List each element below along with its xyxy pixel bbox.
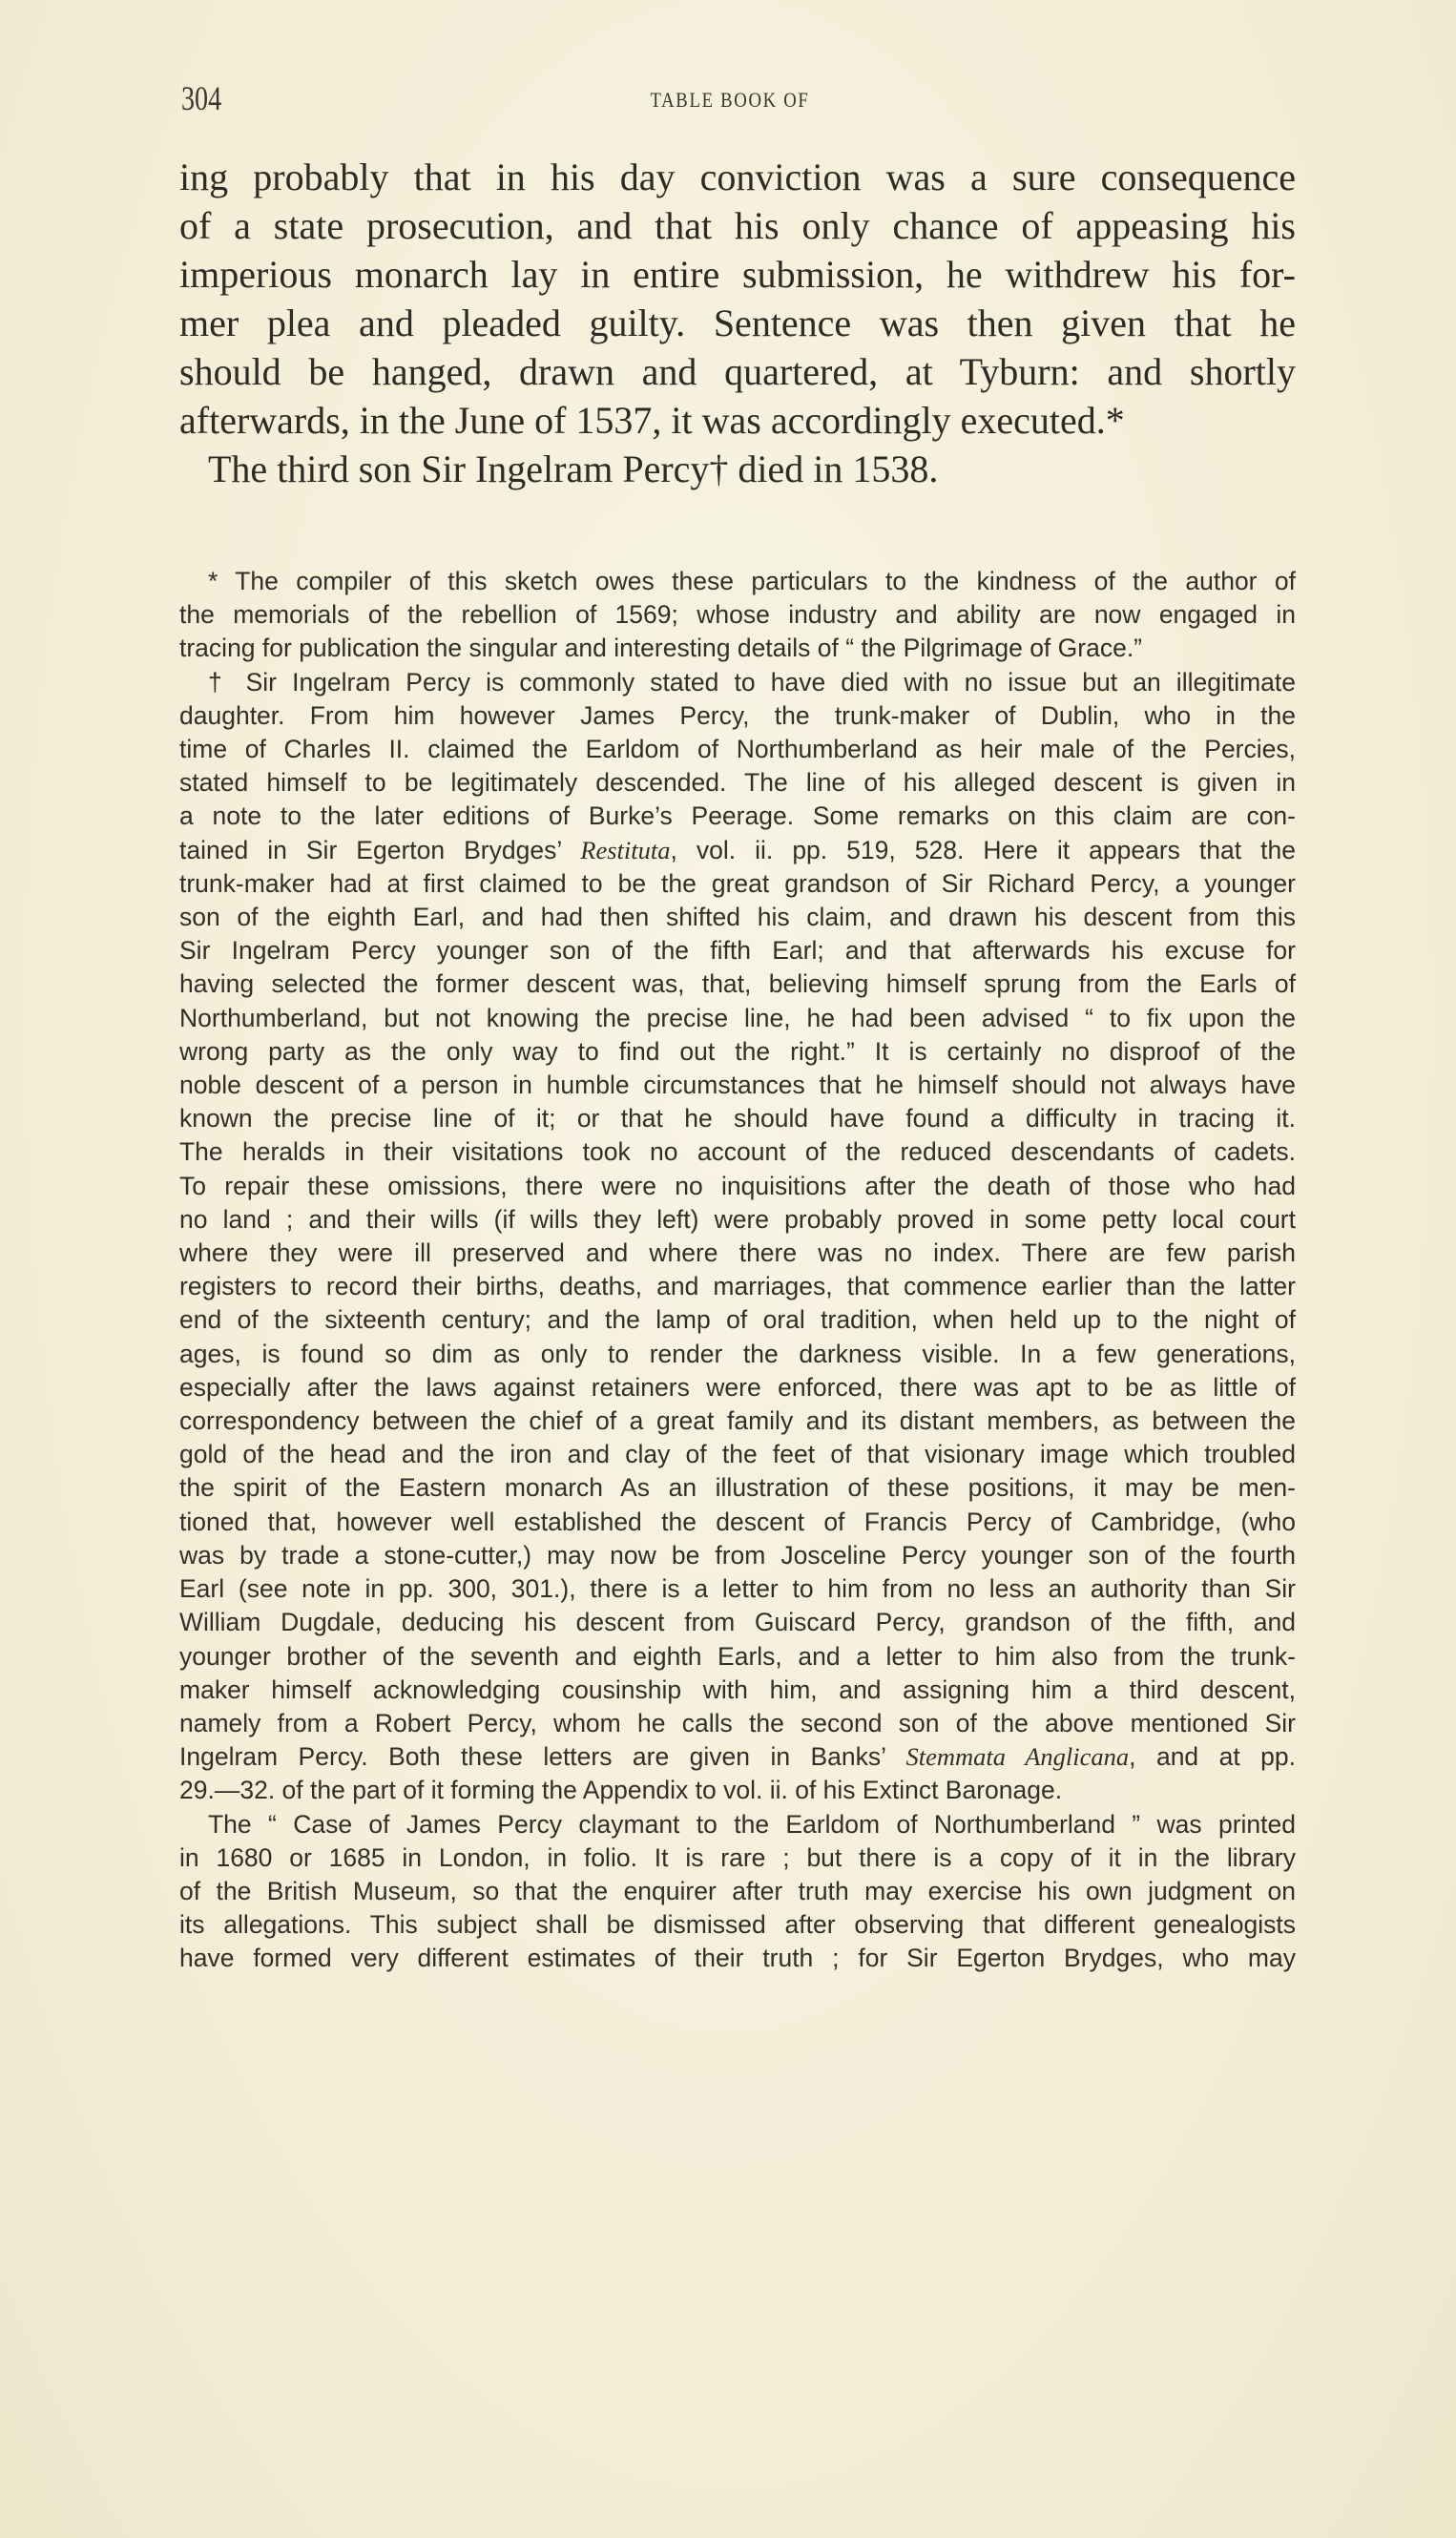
footnote-line: 29.—32. of the part of it forming the Ap… [179,1774,1296,1807]
book-page: 304 TABLE BOOK OF ing probably that in h… [0,0,1456,2538]
footnote-line: registers to record their births, deaths… [179,1270,1296,1303]
italic-title: Stemmata Anglicana [906,1742,1130,1771]
footnote-line: ages, is found so dim as only to render … [179,1338,1296,1371]
footnote-line: tained in Sir Egerton Brydges’ Restituta… [179,834,1296,867]
footnote-line: known the precise line of it; or that he… [179,1102,1296,1135]
footnote-line: have formed very different estimates of … [179,1942,1296,1975]
footnote-line: The heralds in their visitations took no… [179,1135,1296,1169]
footnote-line: the spirit of the Eastern monarch As an … [179,1471,1296,1505]
main-text: ing probably that in his day conviction … [179,153,1296,493]
footnote-line: younger brother of the seventh and eight… [179,1640,1296,1674]
footnote-line: maker himself acknowledging cousinship w… [179,1674,1296,1707]
footnote-line: The “ Case of James Percy claymant to th… [179,1808,1296,1841]
main-line: of a state prosecution, and that his onl… [179,201,1296,250]
footnote-line: Northumberland, but not knowing the prec… [179,1002,1296,1035]
italic-title: Restituta [580,836,670,864]
main-line: imperious monarch lay in entire submissi… [179,250,1296,299]
footnote-line: William Dugdale, deducing his descent fr… [179,1606,1296,1639]
footnote-line: time of Charles II. claimed the Earldom … [179,733,1296,766]
footnote-line: To repair these omissions, there were no… [179,1170,1296,1203]
footnote-line: its allegations. This subject shall be d… [179,1908,1296,1942]
footnotes: * The compiler of this sketch owes these… [179,565,1296,1976]
footnote-line: especially after the laws against retain… [179,1371,1296,1404]
footnote-line: Earl (see note in pp. 300, 301.), there … [179,1572,1296,1606]
footnote-line: in 1680 or 1685 in London, in folio. It … [179,1841,1296,1875]
footnote-line: * The compiler of this sketch owes these… [179,565,1296,598]
footnote-line: end of the sixteenth century; and the la… [179,1303,1296,1337]
footnote-line: no land ; and their wills (if wills they… [179,1203,1296,1237]
footnote-line: wrong party as the only way to find out … [179,1035,1296,1069]
main-line: should be hanged, drawn and quartered, a… [179,347,1296,396]
footnote-line: stated himself to be legitimately descen… [179,766,1296,800]
footnote-line: a note to the later editions of Burke’s … [179,800,1296,833]
main-line: The third son Sir Ingelram Percy† died i… [179,445,1296,493]
footnote-line: gold of the head and the iron and clay o… [179,1438,1296,1471]
footnote-line: † Sir Ingelram Percy is commonly stated … [179,666,1296,699]
footnote-line: of the British Museum, so that the enqui… [179,1875,1296,1908]
running-head: 304 TABLE BOOK OF [181,78,1279,116]
main-line: afterwards, in the June of 1537, it was … [179,396,1296,445]
main-line: ing probably that in his day conviction … [179,153,1296,201]
footnote-line: Sir Ingelram Percy younger son of the fi… [179,934,1296,967]
footnote-line: son of the eighth Earl, and had then shi… [179,901,1296,934]
footnote-line: having selected the former descent was, … [179,967,1296,1001]
footnote-line: trunk-maker had at first claimed to be t… [179,867,1296,901]
footnote-line: namely from a Robert Percy, whom he call… [179,1707,1296,1740]
footnote-line: noble descent of a person in humble circ… [179,1069,1296,1102]
footnote-line: correspondency between the chief of a gr… [179,1404,1296,1438]
main-line: mer plea and pleaded guilty. Sentence wa… [179,299,1296,347]
footnote-line: Ingelram Percy. Both these letters are g… [179,1740,1296,1774]
page-number: 304 [181,78,221,118]
footnote-line: was by trade a stone-cutter,) may now be… [179,1539,1296,1572]
footnote-line: tioned that, however well established th… [179,1506,1296,1539]
footnote-line: the memorials of the rebellion of 1569; … [179,598,1296,632]
running-title: TABLE BOOK OF [263,88,1196,113]
footnote-line: tracing for publication the singular and… [179,632,1296,665]
footnote-line: daughter. From him however James Percy, … [179,699,1296,733]
footnote-line: where they were ill preserved and where … [179,1237,1296,1270]
